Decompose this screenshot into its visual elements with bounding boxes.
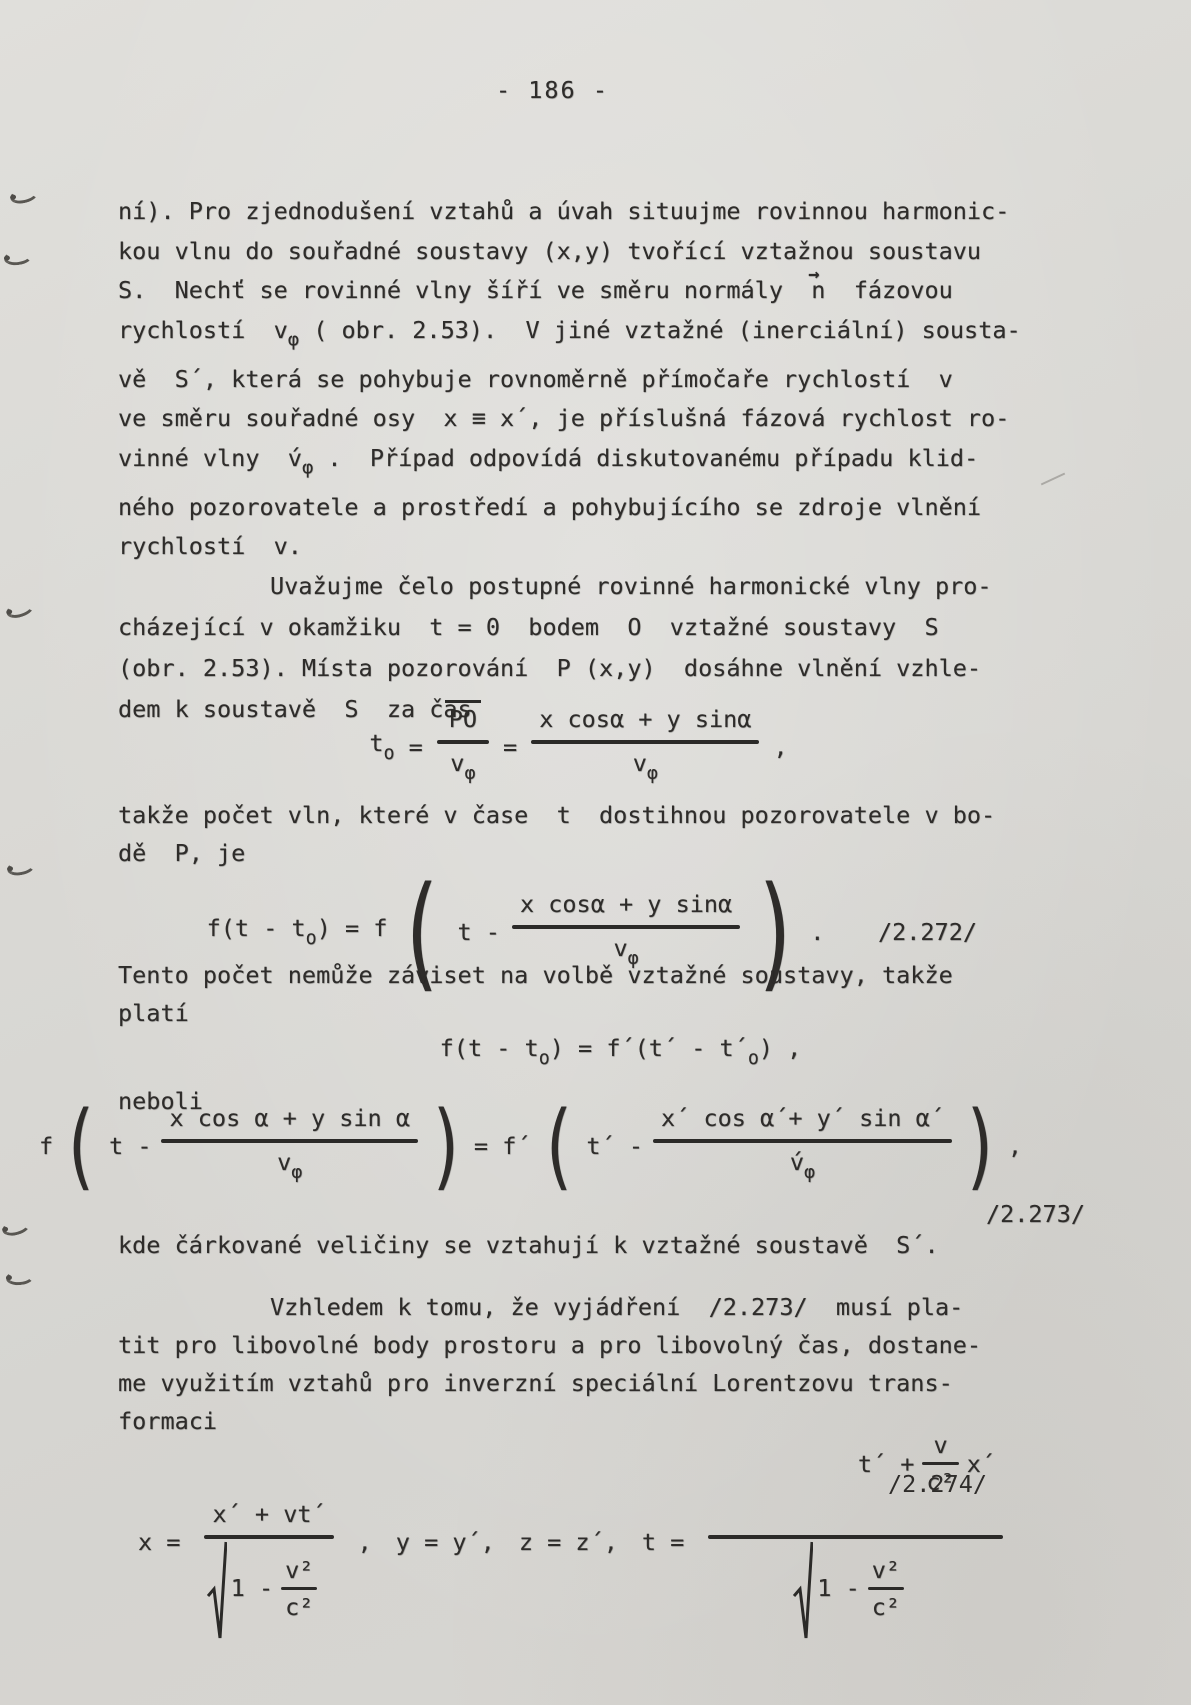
fraction-bar [653, 1139, 952, 1143]
fraction-x: x´ + vt´ 1 - v² c² [204, 1497, 333, 1641]
scan-speck [6, 857, 37, 877]
paragraph-1: ní). Pro zjednodušení vztahů a úvah situ… [118, 192, 1023, 567]
equation-invariance: f(t - to) = f´(t´ - t´o) , [118, 1034, 1023, 1069]
fraction-bar [204, 1535, 333, 1539]
fraction: x´ cos α´+ y´ sin α´ v́φ [653, 1101, 952, 1190]
radical-sign-icon [207, 1541, 227, 1641]
eq-prefix: f(t - to) = f [207, 914, 388, 949]
comma: , [1008, 1132, 1022, 1160]
text-line: kou vlnu do souřadné soustavy (x,y) tvoř… [118, 232, 1023, 272]
fraction-v2c2: v² c² [281, 1555, 317, 1622]
paragraph-3: takže počet vln, které v čase t dostihno… [118, 796, 1023, 872]
scan-speck [1, 1217, 32, 1239]
fraction-v2c2: v² c² [868, 1555, 904, 1622]
paragraph-4: Tento počet nemůže záviset na volbě vzta… [118, 956, 1023, 1032]
equation-t0: to = PO vφ = x cosα + y sinα vφ , [118, 702, 1023, 791]
equation-number-274: /2.274/ [888, 1470, 987, 1498]
big-left-paren: ( [546, 1099, 572, 1193]
text-line: rychlostí vφ ( obr. 2.53). V jiné vztažn… [118, 311, 1023, 360]
equals-sign: = [503, 733, 517, 761]
scan-speck [3, 248, 33, 267]
page-number: - 186 - [100, 76, 1005, 104]
text-line: ve směru souřadné osy x ≡ x´, je přísluš… [118, 399, 1023, 439]
eq-lhs: to [369, 729, 394, 764]
big-right-paren: ) [967, 1099, 993, 1193]
phase-velocity-subscript: φ [288, 329, 299, 350]
eq-z: z = z´, [519, 1528, 618, 1556]
text-line: ného pozorovatele a prostředí a pohybují… [118, 488, 1023, 528]
comma: , [358, 1528, 372, 1556]
text-line: S. Nechť se rovinné vlny šíří ve směru n… [118, 271, 1023, 311]
text-line: ní). Pro zjednodušení vztahů a úvah situ… [118, 192, 1023, 232]
fraction: x cos α + y sin α vφ [161, 1101, 418, 1190]
scan-speck [9, 185, 40, 206]
fraction-bar [708, 1535, 1003, 1539]
text-line: rychlostí v. [118, 527, 1023, 567]
equation-number-273: /2.273/ [986, 1200, 1085, 1228]
paragraph-5: kde čárkované veličiny se vztahují k vzt… [118, 1226, 1023, 1264]
vector-n: →n [811, 271, 825, 311]
period: . [810, 918, 824, 946]
eq-x-lhs: x = [138, 1528, 180, 1556]
fraction-bar [437, 740, 489, 744]
vector-arrow-icon: → [808, 255, 818, 295]
scan-speck [5, 1269, 34, 1287]
eq-t-lhs: t = [642, 1528, 684, 1556]
radical-sign-icon [793, 1541, 813, 1641]
fraction-po: PO vφ [437, 702, 489, 791]
big-right-paren: ) [433, 1099, 459, 1193]
fraction-t: t´ + v c² x´ 1 - v² [708, 1396, 1003, 1641]
text-line: vě S´, která se pohybuje rovnoměrně přím… [118, 360, 1023, 400]
fraction-bar [531, 740, 759, 744]
scanned-document-page: - 186 - ní). Pro zjednodušení vztahů a ú… [0, 0, 1191, 1705]
eq-y: y = y´, [396, 1528, 495, 1556]
equation-274: x = x´ + vt´ 1 - v² c² , [118, 1396, 1023, 1641]
text-line: vinné vlny v́φ . Případ odpovídá diskuto… [118, 439, 1023, 488]
fraction-bar [512, 925, 740, 929]
phase-velocity-subscript: φ [302, 457, 313, 478]
fraction-xy: x cosα + y sinα vφ [531, 702, 759, 791]
comma: , [773, 733, 787, 761]
scan-speck [4, 598, 35, 621]
fraction-bar [161, 1139, 418, 1143]
overline-po: PO [445, 700, 481, 733]
equation-number-272: /2.272/ [878, 918, 977, 946]
scan-tick [1041, 473, 1065, 486]
square-root: 1 - v² c² [207, 1541, 332, 1641]
fraction-bar [868, 1587, 904, 1590]
big-left-paren: ( [68, 1099, 94, 1193]
equals-sign: = [409, 733, 423, 761]
fraction-bar [281, 1587, 317, 1590]
square-root: 1 - v² c² [793, 1541, 918, 1641]
equation-273: f ( t - x cos α + y sin α vφ ) = f´ ( t´… [118, 1100, 1023, 1192]
fraction-bar [922, 1462, 958, 1465]
